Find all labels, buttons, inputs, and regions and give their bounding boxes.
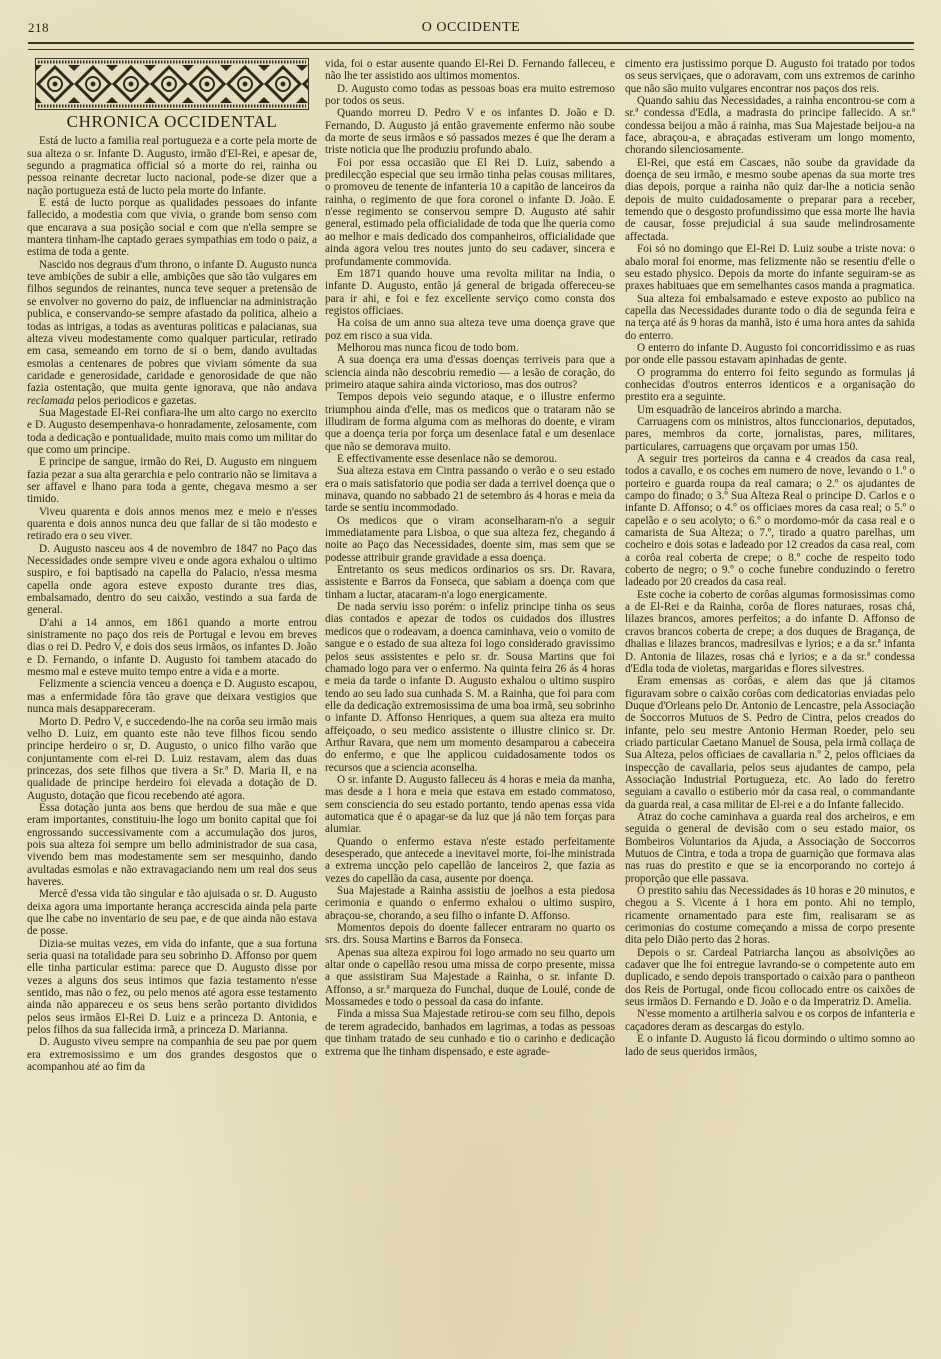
paragraph: N'esse momento a artilheria salvou e os … xyxy=(625,1008,915,1033)
paragraph: Sua Majestade a Rainha assistiu de joelh… xyxy=(325,885,615,922)
paragraph: Felizmente a sciencia venceu a doença e … xyxy=(27,678,317,715)
paragraph: Melhorou mas nunca ficou de todo bom. xyxy=(325,342,615,354)
paragraph: Quando o enfermo estava n'este estado pe… xyxy=(325,836,615,885)
paragraph: Finda a missa Sua Majestade retirou-se c… xyxy=(325,1008,615,1057)
paragraph: Carruagens com os ministros, altos funcc… xyxy=(625,416,915,453)
paragraph: O enterro do infante D. Augusto foi conc… xyxy=(625,342,915,367)
paragraph: Atraz do coche caminhava a guarda real d… xyxy=(625,811,915,885)
column-1: CHRONICA OCCIDENTAL Está de lucto a fami… xyxy=(27,58,317,1073)
paragraph: Depois o sr. Cardeal Patriarcha lançou a… xyxy=(625,947,915,1009)
paragraph: Foi só no domingo que El-Rei D. Luiz sou… xyxy=(625,243,915,292)
paragraph: Momentos depois do doente fallecer entra… xyxy=(325,922,615,947)
paragraph: A seguir tres porteiros da canna e 4 cre… xyxy=(625,453,915,589)
italic-emphasis: reclamada xyxy=(27,395,74,407)
paragraph: D. Augusto viveu sempre na companhia de … xyxy=(27,1036,317,1073)
paragraph: Quando morreu D. Pedro V e os infantes D… xyxy=(325,107,615,156)
paragraph: Mercê d'essa vida tão singular e tão aju… xyxy=(27,888,317,937)
paragraph: O sr. infante D. Augusto falleceu ás 4 h… xyxy=(325,774,615,836)
paragraph: Em 1871 quando houve uma revolta militar… xyxy=(325,268,615,317)
article-title: CHRONICA OCCIDENTAL xyxy=(27,116,317,128)
paragraph: Sua alteza estava em Cintra passando o v… xyxy=(325,465,615,514)
paragraph: Este coche ia coberto de corôas algumas … xyxy=(625,589,915,675)
paragraph: Ha coisa de um anno sua alteza teve uma … xyxy=(325,317,615,342)
paragraph: E effectivamente esse desenlace não se d… xyxy=(325,453,615,465)
column-3: cimento era justissimo porque D. Augusto… xyxy=(625,58,915,1058)
paragraph: vida, foi o estar ausente quando El-Rei … xyxy=(325,58,615,83)
journal-title: O OCCIDENTE xyxy=(28,20,914,36)
paragraph: El-Rei, que está em Cascaes, não soube d… xyxy=(625,157,915,243)
paragraph: Nascido nos degraus d'um throno, o infan… xyxy=(27,259,317,407)
paragraph: Quando sahiu das Necessidades, a rainha … xyxy=(625,95,915,157)
paragraph: Apenas sua alteza expirou foi logo armad… xyxy=(325,947,615,1009)
paragraph: Essa dotação junta aos bens que herdou d… xyxy=(27,802,317,888)
paragraph: Entretanto os seus medicos ordinarios os… xyxy=(325,564,615,601)
paragraph: A sua doença era uma d'essas doenças ter… xyxy=(325,354,615,391)
article-columns: CHRONICA OCCIDENTAL Está de lucto a fami… xyxy=(27,58,915,1338)
paragraph: Morto D. Pedro V, e succedendo-lhe na co… xyxy=(27,716,317,802)
page-header: 218 O OCCIDENTE xyxy=(28,20,914,44)
paragraph: Eram emensas as corôas, e alem das que j… xyxy=(625,675,915,811)
paragraph: Os medicos que o viram aconselharam-n'o … xyxy=(325,515,615,564)
paragraph: D. Augusto como todas as pessoas boas er… xyxy=(325,83,615,108)
paragraph: De nada serviu isso porém: o infeliz pri… xyxy=(325,601,615,774)
paragraph: Dizia-se muitas vezes, em vida do infant… xyxy=(27,938,317,1037)
paragraph: O programma do enterro foi feito segundo… xyxy=(625,367,915,404)
paragraph: D. Augusto nasceu aos 4 de novembro de 1… xyxy=(27,543,317,617)
paragraph: Tempos depois veio segundo ataque, e o i… xyxy=(325,391,615,453)
paragraph: Um esquadrão de lanceiros abrindo a marc… xyxy=(625,404,915,416)
paragraph: cimento era justissimo porque D. Augusto… xyxy=(625,58,915,95)
paragraph: E está de lucto porque as qualidades pes… xyxy=(27,197,317,259)
paragraph: E o infante D. Augusto lá ficou dormindo… xyxy=(625,1033,915,1058)
header-rule xyxy=(28,42,914,50)
decorative-tile-band-icon xyxy=(35,58,309,110)
paragraph: Sua Magestade El-Rei confiara-lhe um alt… xyxy=(27,407,317,456)
paragraph: Foi por essa occasião que El Rei D. Luiz… xyxy=(325,157,615,268)
paragraph: D'ahi a 14 annos, em 1861 quando a morte… xyxy=(27,617,317,679)
paragraph: Está de lucto a familia real portugueza … xyxy=(27,135,317,197)
paragraph: E principe de sangue, irmão do Rei, D. A… xyxy=(27,456,317,505)
paragraph: O prestito sahiu das Necessidades ás 10 … xyxy=(625,885,915,947)
column-2: vida, foi o estar ausente quando El-Rei … xyxy=(325,58,615,1058)
paragraph: Sua alteza foi embalsamado e esteve expo… xyxy=(625,293,915,342)
paragraph: Viveu quarenta e dois annos menos mez e … xyxy=(27,506,317,543)
